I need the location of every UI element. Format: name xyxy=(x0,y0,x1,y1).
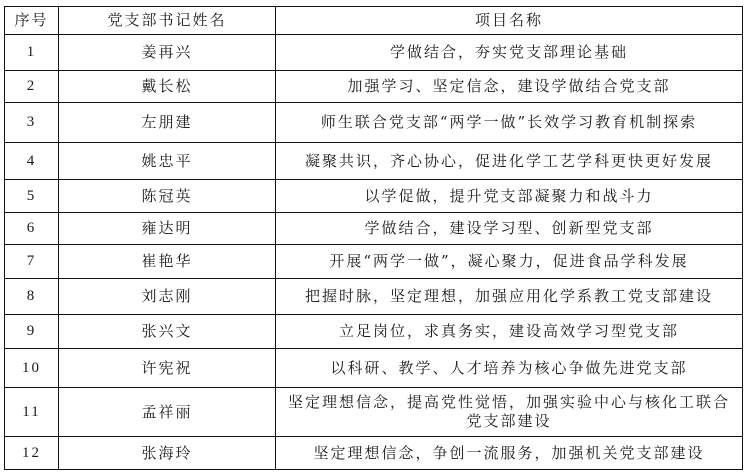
table-body: 1姜再兴学做结合，夯实党支部理论基础2戴长松加强学习、坚定信念，建设学做结合党支… xyxy=(5,35,743,470)
project-name-cell: 开展“两学一做”，凝心聚力，促进食品学科发展 xyxy=(276,245,743,279)
table-row: 8刘志刚把握时脉，坚定理想，加强应用化学系教工党支部建设 xyxy=(5,279,743,315)
secretary-name-cell: 张海玲 xyxy=(59,437,276,470)
secretary-name-cell: 张兴文 xyxy=(59,315,276,349)
header-project-name: 项目名称 xyxy=(276,7,743,35)
project-name-cell: 坚定理想信念，提高党性觉悟，加强实验中心与核化工联合党支部建设 xyxy=(276,388,743,437)
table-row: 4姚忠平凝聚共识，齐心协心，促进化学工艺学科更快更好发展 xyxy=(5,143,743,180)
project-name-cell: 以学促做，提升党支部凝聚力和战斗力 xyxy=(276,180,743,213)
serial-number-cell: 11 xyxy=(5,388,59,437)
serial-number-cell: 3 xyxy=(5,103,59,143)
project-name-cell: 把握时脉，坚定理想，加强应用化学系教工党支部建设 xyxy=(276,279,743,315)
header-row: 序号 党支部书记姓名 项目名称 xyxy=(5,7,743,35)
project-name-cell: 学做结合，夯实党支部理论基础 xyxy=(276,35,743,71)
serial-number-cell: 1 xyxy=(5,35,59,71)
table-row: 7崔艳华开展“两学一做”，凝心聚力，促进食品学科发展 xyxy=(5,245,743,279)
project-name-cell: 坚定理想信念，争创一流服务，加强机关党支部建设 xyxy=(276,437,743,470)
serial-number-cell: 6 xyxy=(5,213,59,245)
secretary-name-cell: 戴长松 xyxy=(59,71,276,103)
secretary-name-cell: 崔艳华 xyxy=(59,245,276,279)
table-row: 10许宪祝以科研、教学、人才培养为核心争做先进党支部 xyxy=(5,349,743,388)
header-secretary-name: 党支部书记姓名 xyxy=(59,7,276,35)
secretary-name-cell: 孟祥丽 xyxy=(59,388,276,437)
secretary-name-cell: 刘志刚 xyxy=(59,279,276,315)
serial-number-cell: 4 xyxy=(5,143,59,180)
table-row: 9张兴文立足岗位，求真务实，建设高效学习型党支部 xyxy=(5,315,743,349)
serial-number-cell: 8 xyxy=(5,279,59,315)
project-name-cell: 凝聚共识，齐心协心，促进化学工艺学科更快更好发展 xyxy=(276,143,743,180)
secretary-name-cell: 姜再兴 xyxy=(59,35,276,71)
serial-number-cell: 10 xyxy=(5,349,59,388)
table-row: 5陈冠英以学促做，提升党支部凝聚力和战斗力 xyxy=(5,180,743,213)
header-serial-number: 序号 xyxy=(5,7,59,35)
secretary-name-cell: 雍达明 xyxy=(59,213,276,245)
serial-number-cell: 7 xyxy=(5,245,59,279)
table-row: 11孟祥丽坚定理想信念，提高党性觉悟，加强实验中心与核化工联合党支部建设 xyxy=(5,388,743,437)
table-row: 2戴长松加强学习、坚定信念，建设学做结合党支部 xyxy=(5,71,743,103)
table-row: 1姜再兴学做结合，夯实党支部理论基础 xyxy=(5,35,743,71)
serial-number-cell: 9 xyxy=(5,315,59,349)
party-branch-projects-table: 序号 党支部书记姓名 项目名称 1姜再兴学做结合，夯实党支部理论基础2戴长松加强… xyxy=(4,6,743,470)
project-name-cell: 以科研、教学、人才培养为核心争做先进党支部 xyxy=(276,349,743,388)
serial-number-cell: 2 xyxy=(5,71,59,103)
serial-number-cell: 5 xyxy=(5,180,59,213)
secretary-name-cell: 陈冠英 xyxy=(59,180,276,213)
project-name-cell: 加强学习、坚定信念，建设学做结合党支部 xyxy=(276,71,743,103)
project-name-cell: 学做结合，建设学习型、创新型党支部 xyxy=(276,213,743,245)
secretary-name-cell: 姚忠平 xyxy=(59,143,276,180)
table-row: 3左朋建师生联合党支部“两学一做”长效学习教育机制探索 xyxy=(5,103,743,143)
project-name-cell: 立足岗位，求真务实，建设高效学习型党支部 xyxy=(276,315,743,349)
secretary-name-cell: 左朋建 xyxy=(59,103,276,143)
table-row: 6雍达明学做结合，建设学习型、创新型党支部 xyxy=(5,213,743,245)
serial-number-cell: 12 xyxy=(5,437,59,470)
secretary-name-cell: 许宪祝 xyxy=(59,349,276,388)
table-row: 12张海玲坚定理想信念，争创一流服务，加强机关党支部建设 xyxy=(5,437,743,470)
project-name-cell: 师生联合党支部“两学一做”长效学习教育机制探索 xyxy=(276,103,743,143)
